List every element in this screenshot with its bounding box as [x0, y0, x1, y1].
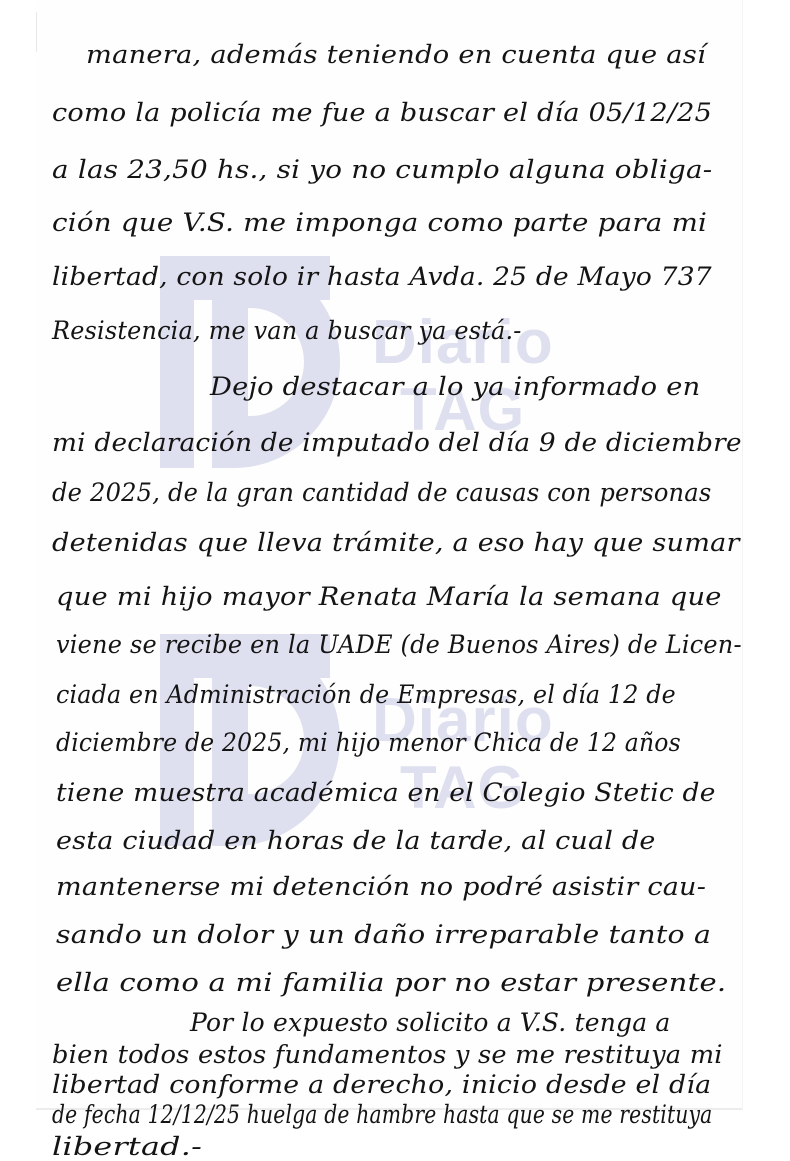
handwritten-line: que mi hijo mayor Renata María la semana… [56, 582, 722, 611]
handwritten-line: libertad, con solo ir hasta Avda. 25 de … [52, 262, 712, 291]
handwritten-line: esta ciudad en horas de la tarde, al cua… [56, 826, 656, 855]
handwritten-line: detenidas que lleva trámite, a eso hay q… [52, 528, 740, 557]
handwritten-line: sando un dolor y un daño irreparable tan… [56, 920, 711, 949]
handwritten-line: de fecha 12/12/25 huelga de hambre hasta… [52, 1100, 712, 1129]
handwritten-line: tiene muestra académica en el Colegio St… [56, 778, 716, 807]
handwritten-line: ella como a mi familia por no estar pres… [56, 968, 726, 997]
handwritten-line: Dejo destacar a lo ya informado en [210, 372, 700, 401]
handwritten-line: libertad conforme a derecho, inicio desd… [52, 1070, 711, 1099]
handwritten-line: de 2025, de la gran cantidad de causas c… [52, 478, 711, 507]
handwritten-line: manera, además teniendo en cuenta que as… [86, 40, 706, 69]
handwritten-line: Resistencia, me van a buscar ya está.- [52, 316, 522, 345]
handwritten-line: ciada en Administración de Empresas, el … [56, 680, 676, 709]
handwritten-line: ción que V.S. me imponga como parte para… [52, 208, 707, 237]
handwritten-line: diciembre de 2025, mi hijo menor Chica d… [56, 728, 681, 757]
handwritten-line: viene se recibe en la UADE (de Buenos Ai… [56, 630, 742, 659]
handwritten-body: manera, además teniendo en cuenta que as… [0, 0, 790, 1161]
handwritten-line: a las 23,50 hs., si yo no cumplo alguna … [52, 155, 712, 184]
handwritten-line: mantenerse mi detención no podré asistir… [56, 872, 706, 901]
handwritten-line: bien todos estos fundamentos y se me res… [52, 1040, 723, 1069]
handwritten-line: Por lo expuesto solicito a V.S. tenga a [190, 1008, 670, 1037]
handwritten-line: como la policía me fue a buscar el día 0… [52, 98, 712, 127]
handwritten-line: mi declaración de imputado del día 9 de … [52, 428, 742, 457]
handwritten-line: libertad.- [52, 1132, 202, 1161]
